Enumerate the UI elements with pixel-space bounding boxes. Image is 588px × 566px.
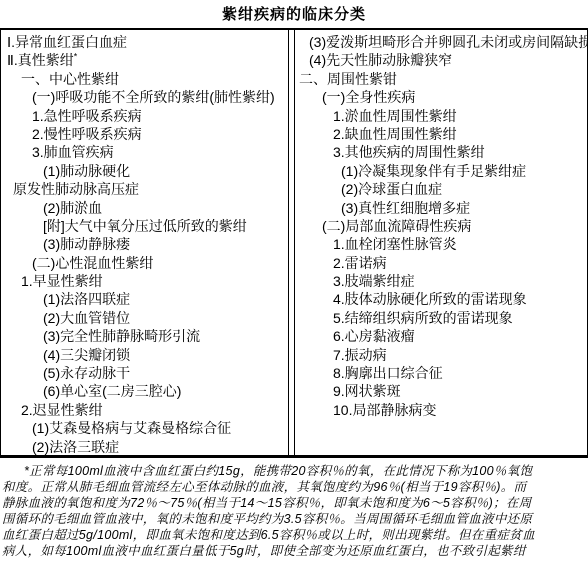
row-text: 二、周围性紫钳 xyxy=(299,71,397,87)
table-row: (2)肺淤血 xyxy=(1,199,288,217)
table-row: (4)三尖瓣闭锁 xyxy=(1,346,288,364)
table-row: 1.早显性紫绀 xyxy=(1,272,288,290)
row-text: (2)法洛三联症 xyxy=(32,439,119,455)
footnote-marker: * xyxy=(74,52,78,62)
row-text: 1.淤血性周围性紫绀 xyxy=(333,108,457,124)
footnote-line: 血红蛋白超过5g/100ml，即血氧未饱和度达到6.5容积％或以上时，则出现紫绀… xyxy=(2,527,586,543)
table-row: 二、周围性紫钳 xyxy=(295,70,587,88)
table-row: (4)先天性肺动脉瓣狭窄 xyxy=(295,51,587,69)
row-text: 一、中心性紫绀 xyxy=(21,71,119,87)
table-row: (二)心性混血性紫绀 xyxy=(1,254,288,272)
table-row: Ⅱ.真性紫绀* xyxy=(1,51,288,69)
row-text: 1.早显性紫绀 xyxy=(21,273,103,289)
table-row: 2.雷诺病 xyxy=(295,254,587,272)
table-row: (1)艾森曼格病与艾森曼格综合征 xyxy=(1,419,288,437)
row-text: (6)单心室(二房三腔心) xyxy=(43,383,181,399)
row-text: (3)真性红细胞增多症 xyxy=(341,200,470,216)
row-text: (二)局部血流障碍性疾病 xyxy=(322,218,471,234)
table-row: 2.迟显性紫绀 xyxy=(1,401,288,419)
row-text: 6.心房黏液瘤 xyxy=(333,328,415,344)
table-row: 7.振动病 xyxy=(295,346,587,364)
table-row: (3)爱泼斯坦畸形合并卵圆孔未闭或房间隔缺损 xyxy=(295,33,587,51)
row-text: (二)心性混血性紫绀 xyxy=(32,255,153,271)
row-text: (一)呼吸功能不全所致的紫绀(肺性紫绀) xyxy=(32,89,275,105)
row-text: (3)爱泼斯坦畸形合并卵圆孔未闭或房间隔缺损 xyxy=(309,34,587,50)
footnote-line: 静脉血液的氧饱和度为72％～75％(相当于14～15容积％，即氧未饱和度为6～5… xyxy=(2,495,586,511)
document-page: 紫绀疾病的临床分类 Ⅰ.异常血红蛋白血症Ⅱ.真性紫绀*一、中心性紫绀(一)呼吸功… xyxy=(0,0,588,566)
table-row: 10.局部静脉病变 xyxy=(295,401,587,419)
row-text: (2)大血管错位 xyxy=(43,310,130,326)
table-row: 6.心房黏液瘤 xyxy=(295,327,587,345)
row-text: (1)肺动脉硬化 xyxy=(43,163,130,179)
row-text: (5)永存动脉干 xyxy=(43,365,130,381)
row-text: (1)艾森曼格病与艾森曼格综合征 xyxy=(32,420,231,436)
table-row: 2.缺血性周围性紫绀 xyxy=(295,125,587,143)
table-row: 8.胸廓出口综合征 xyxy=(295,364,587,382)
row-text: 3.肢端紫绀症 xyxy=(333,273,415,289)
row-text: 1.血栓闭塞性脉管炎 xyxy=(333,236,457,252)
table-row: 一、中心性紫绀 xyxy=(1,70,288,88)
row-text: (3)完全性肺静脉畸形引流 xyxy=(43,328,200,344)
table-row: (3)真性红细胞增多症 xyxy=(295,199,587,217)
row-text: (3)肺动静脉瘘 xyxy=(43,236,130,252)
row-text: (2)冷球蛋白血症 xyxy=(341,181,442,197)
table-column-right: (3)爱泼斯坦畸形合并卵圆孔未闭或房间隔缺损(4)先天性肺动脉瓣狭窄二、周围性紫… xyxy=(294,30,587,455)
table-row: 1.血栓闭塞性脉管炎 xyxy=(295,235,587,253)
table-row: (5)永存动脉干 xyxy=(1,364,288,382)
row-text: 2.迟显性紫绀 xyxy=(21,402,103,418)
row-text: 5.结缔组织病所致的雷诺现象 xyxy=(333,310,513,326)
table-row: (二)局部血流障碍性疾病 xyxy=(295,217,587,235)
table-row: Ⅰ.异常血红蛋白血症 xyxy=(1,33,288,51)
table-row: 原发性肺动脉高压症 xyxy=(1,180,288,198)
row-text: 4.肢体动脉硬化所致的雷诺现象 xyxy=(333,291,527,307)
row-text: (2)肺淤血 xyxy=(43,200,102,216)
table-row: (1)肺动脉硬化 xyxy=(1,162,288,180)
page-title: 紫绀疾病的临床分类 xyxy=(0,0,588,28)
table-row: (一)呼吸功能不全所致的紫绀(肺性紫绀) xyxy=(1,88,288,106)
table-row: (1)法洛四联症 xyxy=(1,290,288,308)
table-row: 1.急性呼吸系疾病 xyxy=(1,107,288,125)
row-text: [附]大气中氧分压过低所致的紫绀 xyxy=(43,218,247,234)
table-row: 9.网状紫斑 xyxy=(295,382,587,400)
row-text: 3.肺血管疾病 xyxy=(32,144,114,160)
table-row: (2)冷球蛋白血症 xyxy=(295,180,587,198)
table-row: [附]大气中氧分压过低所致的紫绀 xyxy=(1,217,288,235)
row-text: Ⅰ.异常血红蛋白血症 xyxy=(7,34,127,50)
row-text: 7.振动病 xyxy=(333,347,387,363)
table-row: (2)法洛三联症 xyxy=(1,438,288,455)
table-row: (6)单心室(二房三腔心) xyxy=(1,382,288,400)
table-row: 3.肢端紫绀症 xyxy=(295,272,587,290)
footnote-line: 和度。正常从肺毛细血管流经左心至体动脉的血液，其氧饱度约为96％(相当于19容积… xyxy=(2,479,586,495)
row-text: Ⅱ.真性紫绀 xyxy=(7,52,74,68)
table-row: (1)冷凝集现象伴有手足紫绀症 xyxy=(295,162,587,180)
footnote-line: *正常每100ml血液中含血红蛋白约15g，能携带20容积％的氧，在此情况下称为… xyxy=(2,463,586,479)
table-row: 3.肺血管疾病 xyxy=(1,143,288,161)
footnote-line: 病人，如每100ml血液中血红蛋白量低于5g时，即使全部变为还原血红蛋白，也不致… xyxy=(2,543,586,559)
row-text: 9.网状紫斑 xyxy=(333,383,401,399)
classification-table: Ⅰ.异常血红蛋白血症Ⅱ.真性紫绀*一、中心性紫绀(一)呼吸功能不全所致的紫绀(肺… xyxy=(0,28,588,458)
row-text: (1)冷凝集现象伴有手足紫绀症 xyxy=(341,163,526,179)
row-text: 3.其他疾病的周围性紫绀 xyxy=(333,144,485,160)
row-text: 原发性肺动脉高压症 xyxy=(13,181,139,197)
row-text: (1)法洛四联症 xyxy=(43,291,130,307)
row-text: 2.雷诺病 xyxy=(333,255,387,271)
row-text: 2.慢性呼吸系疾病 xyxy=(32,126,142,142)
row-text: 8.胸廓出口综合征 xyxy=(333,365,443,381)
row-text: (一)全身性疾病 xyxy=(322,89,415,105)
table-row: 4.肢体动脉硬化所致的雷诺现象 xyxy=(295,290,587,308)
table-row: 2.慢性呼吸系疾病 xyxy=(1,125,288,143)
row-text: 2.缺血性周围性紫绀 xyxy=(333,126,457,142)
row-text: (4)先天性肺动脉瓣狭窄 xyxy=(309,52,452,68)
row-text: 10.局部静脉病变 xyxy=(333,402,436,418)
footnote: *正常每100ml血液中含血红蛋白约15g，能携带20容积％的氧，在此情况下称为… xyxy=(0,458,588,559)
table-row: 3.其他疾病的周围性紫绀 xyxy=(295,143,587,161)
row-text: (4)三尖瓣闭锁 xyxy=(43,347,130,363)
table-row: (2)大血管错位 xyxy=(1,309,288,327)
row-text: 1.急性呼吸系疾病 xyxy=(32,108,142,124)
table-column-left: Ⅰ.异常血红蛋白血症Ⅱ.真性紫绀*一、中心性紫绀(一)呼吸功能不全所致的紫绀(肺… xyxy=(1,30,289,455)
table-row: 1.淤血性周围性紫绀 xyxy=(295,107,587,125)
table-row: 5.结缔组织病所致的雷诺现象 xyxy=(295,309,587,327)
table-row: (3)肺动静脉瘘 xyxy=(1,235,288,253)
table-row: (一)全身性疾病 xyxy=(295,88,587,106)
table-row: (3)完全性肺静脉畸形引流 xyxy=(1,327,288,345)
footnote-line: 围循环的毛细血管血液中，氧的未饱和度平均约为3.5容积％。当周围循环毛细血管血液… xyxy=(2,511,586,527)
